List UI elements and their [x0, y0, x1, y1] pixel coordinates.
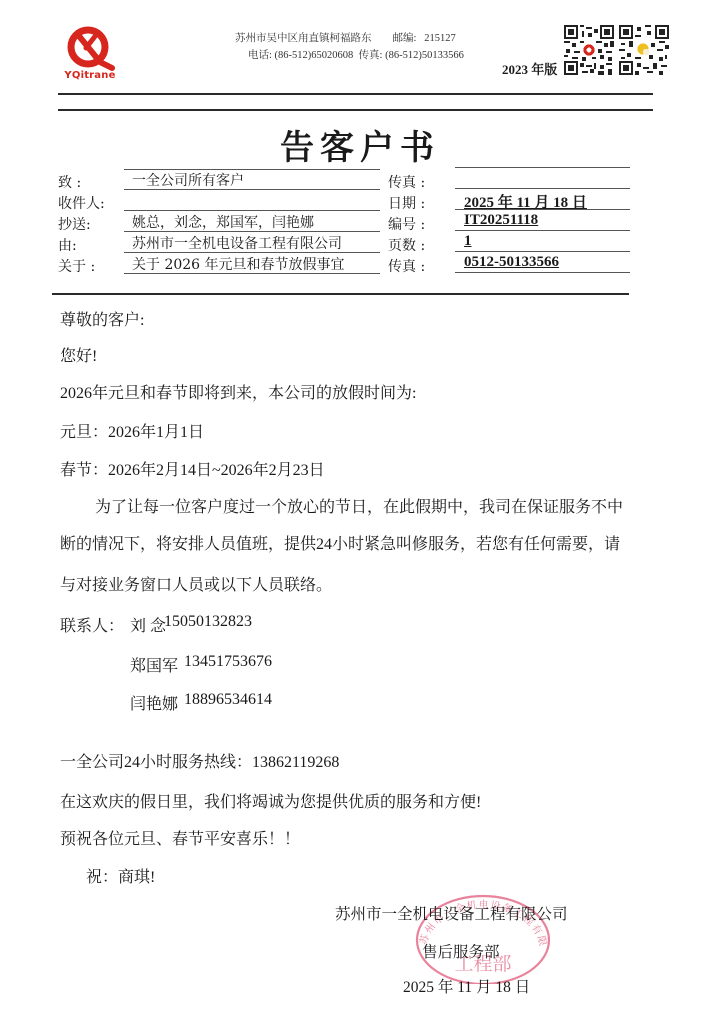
contact-phone: 15050132823 [164, 613, 252, 631]
section-divider [52, 293, 629, 295]
logo-text: YQitrane [58, 70, 122, 81]
label-pages: 页数 : [388, 235, 425, 255]
value-cc: 姚总，刘念，郑国军，闫艳娜 [132, 212, 314, 232]
wish-line: 祝：商琪! [86, 864, 155, 887]
salutation: 尊敬的客户: [60, 307, 144, 330]
edition-label: 2023 年版 [502, 59, 557, 78]
intro-text: 2026年元旦和春节即将到来，本公司的放假时间为: [60, 380, 416, 403]
label-to: 致 : [58, 172, 81, 192]
field-underline [455, 188, 630, 189]
closing-line: 在这欢庆的假日里，我们将竭诚为您提供优质的服务和方便! [60, 789, 481, 812]
value-fax-2: 0512-50133566 [464, 254, 559, 271]
paragraph-line: 与对接业务窗口人员或以下人员联络。 [60, 572, 332, 595]
contacts-label: 联系人： [60, 613, 124, 636]
qr-code-icon [564, 25, 614, 75]
label-fax: 传真 : [388, 172, 425, 192]
closing-line: 预祝各位元旦、春节平安喜乐！！ [60, 826, 300, 849]
value-ref-number: IT20251118 [464, 212, 538, 229]
label-from: 由: [58, 235, 77, 255]
contact-name: 郑国军 [130, 653, 178, 676]
service-hotline: 一全公司24小时服务热线：13862119268 [60, 749, 339, 772]
new-year-holiday: 元旦：2026年1月1日 [60, 419, 204, 442]
header-divider [58, 109, 653, 111]
paragraph-line: 断的情况下，将安排人员值班，提供24小时紧急叫修服务，若您有任何需要，请 [60, 531, 620, 554]
field-underline [124, 210, 380, 211]
label-fax-2: 传真 : [388, 256, 425, 276]
label-subject: 关于 : [58, 256, 95, 276]
label-date: 日期 : [388, 193, 425, 213]
contact-phone: 13451753676 [184, 653, 272, 671]
signature-date: 2025 年 11 月 18 日 [403, 975, 530, 997]
label-cc: 抄送: [58, 214, 91, 234]
spring-festival-holiday: 春节：2026年2月14日~2026年2月23日 [60, 457, 325, 480]
label-ref-number: 编号 : [388, 214, 425, 234]
document-title: 告客户书 [0, 120, 720, 169]
qr-code-icon [619, 25, 669, 75]
field-underline [455, 167, 630, 168]
signature-department: 售后服务部 [422, 940, 500, 962]
contact-phone: 18896534614 [184, 691, 272, 709]
greeting: 您好! [60, 343, 97, 366]
contact-name: 闫艳娜 [130, 691, 178, 714]
value-subject: 关于 2026 年元旦和春节放假事宜 [132, 254, 345, 274]
paragraph-line: 为了让每一位客户度过一个放心的节日，在此假期中，我司在保证服务不中 [95, 494, 623, 517]
company-address: 苏州市吴中区甪直镇柯福路东 邮编: 215127 [235, 30, 456, 45]
field-underline [455, 251, 630, 252]
field-underline [455, 272, 630, 273]
company-phone-fax: 电话: (86-512)65020608 传真: (86-512)5013356… [248, 47, 464, 62]
value-from: 苏州市一全机电设备工程有限公司 [132, 233, 342, 253]
logo-q-icon [62, 26, 118, 72]
value-to: 一全公司所有客户 [132, 170, 244, 190]
label-recipient: 收件人: [58, 193, 105, 213]
value-date: 2025 年 11 月 18 日 [464, 191, 587, 212]
contact-name: 刘 念 [130, 613, 166, 636]
field-underline [455, 230, 630, 231]
header-divider [58, 93, 653, 95]
value-pages: 1 [464, 233, 472, 250]
signature-company: 苏州市一全机电设备工程有限公司 [335, 902, 568, 924]
company-logo: YQitrane [62, 26, 118, 86]
